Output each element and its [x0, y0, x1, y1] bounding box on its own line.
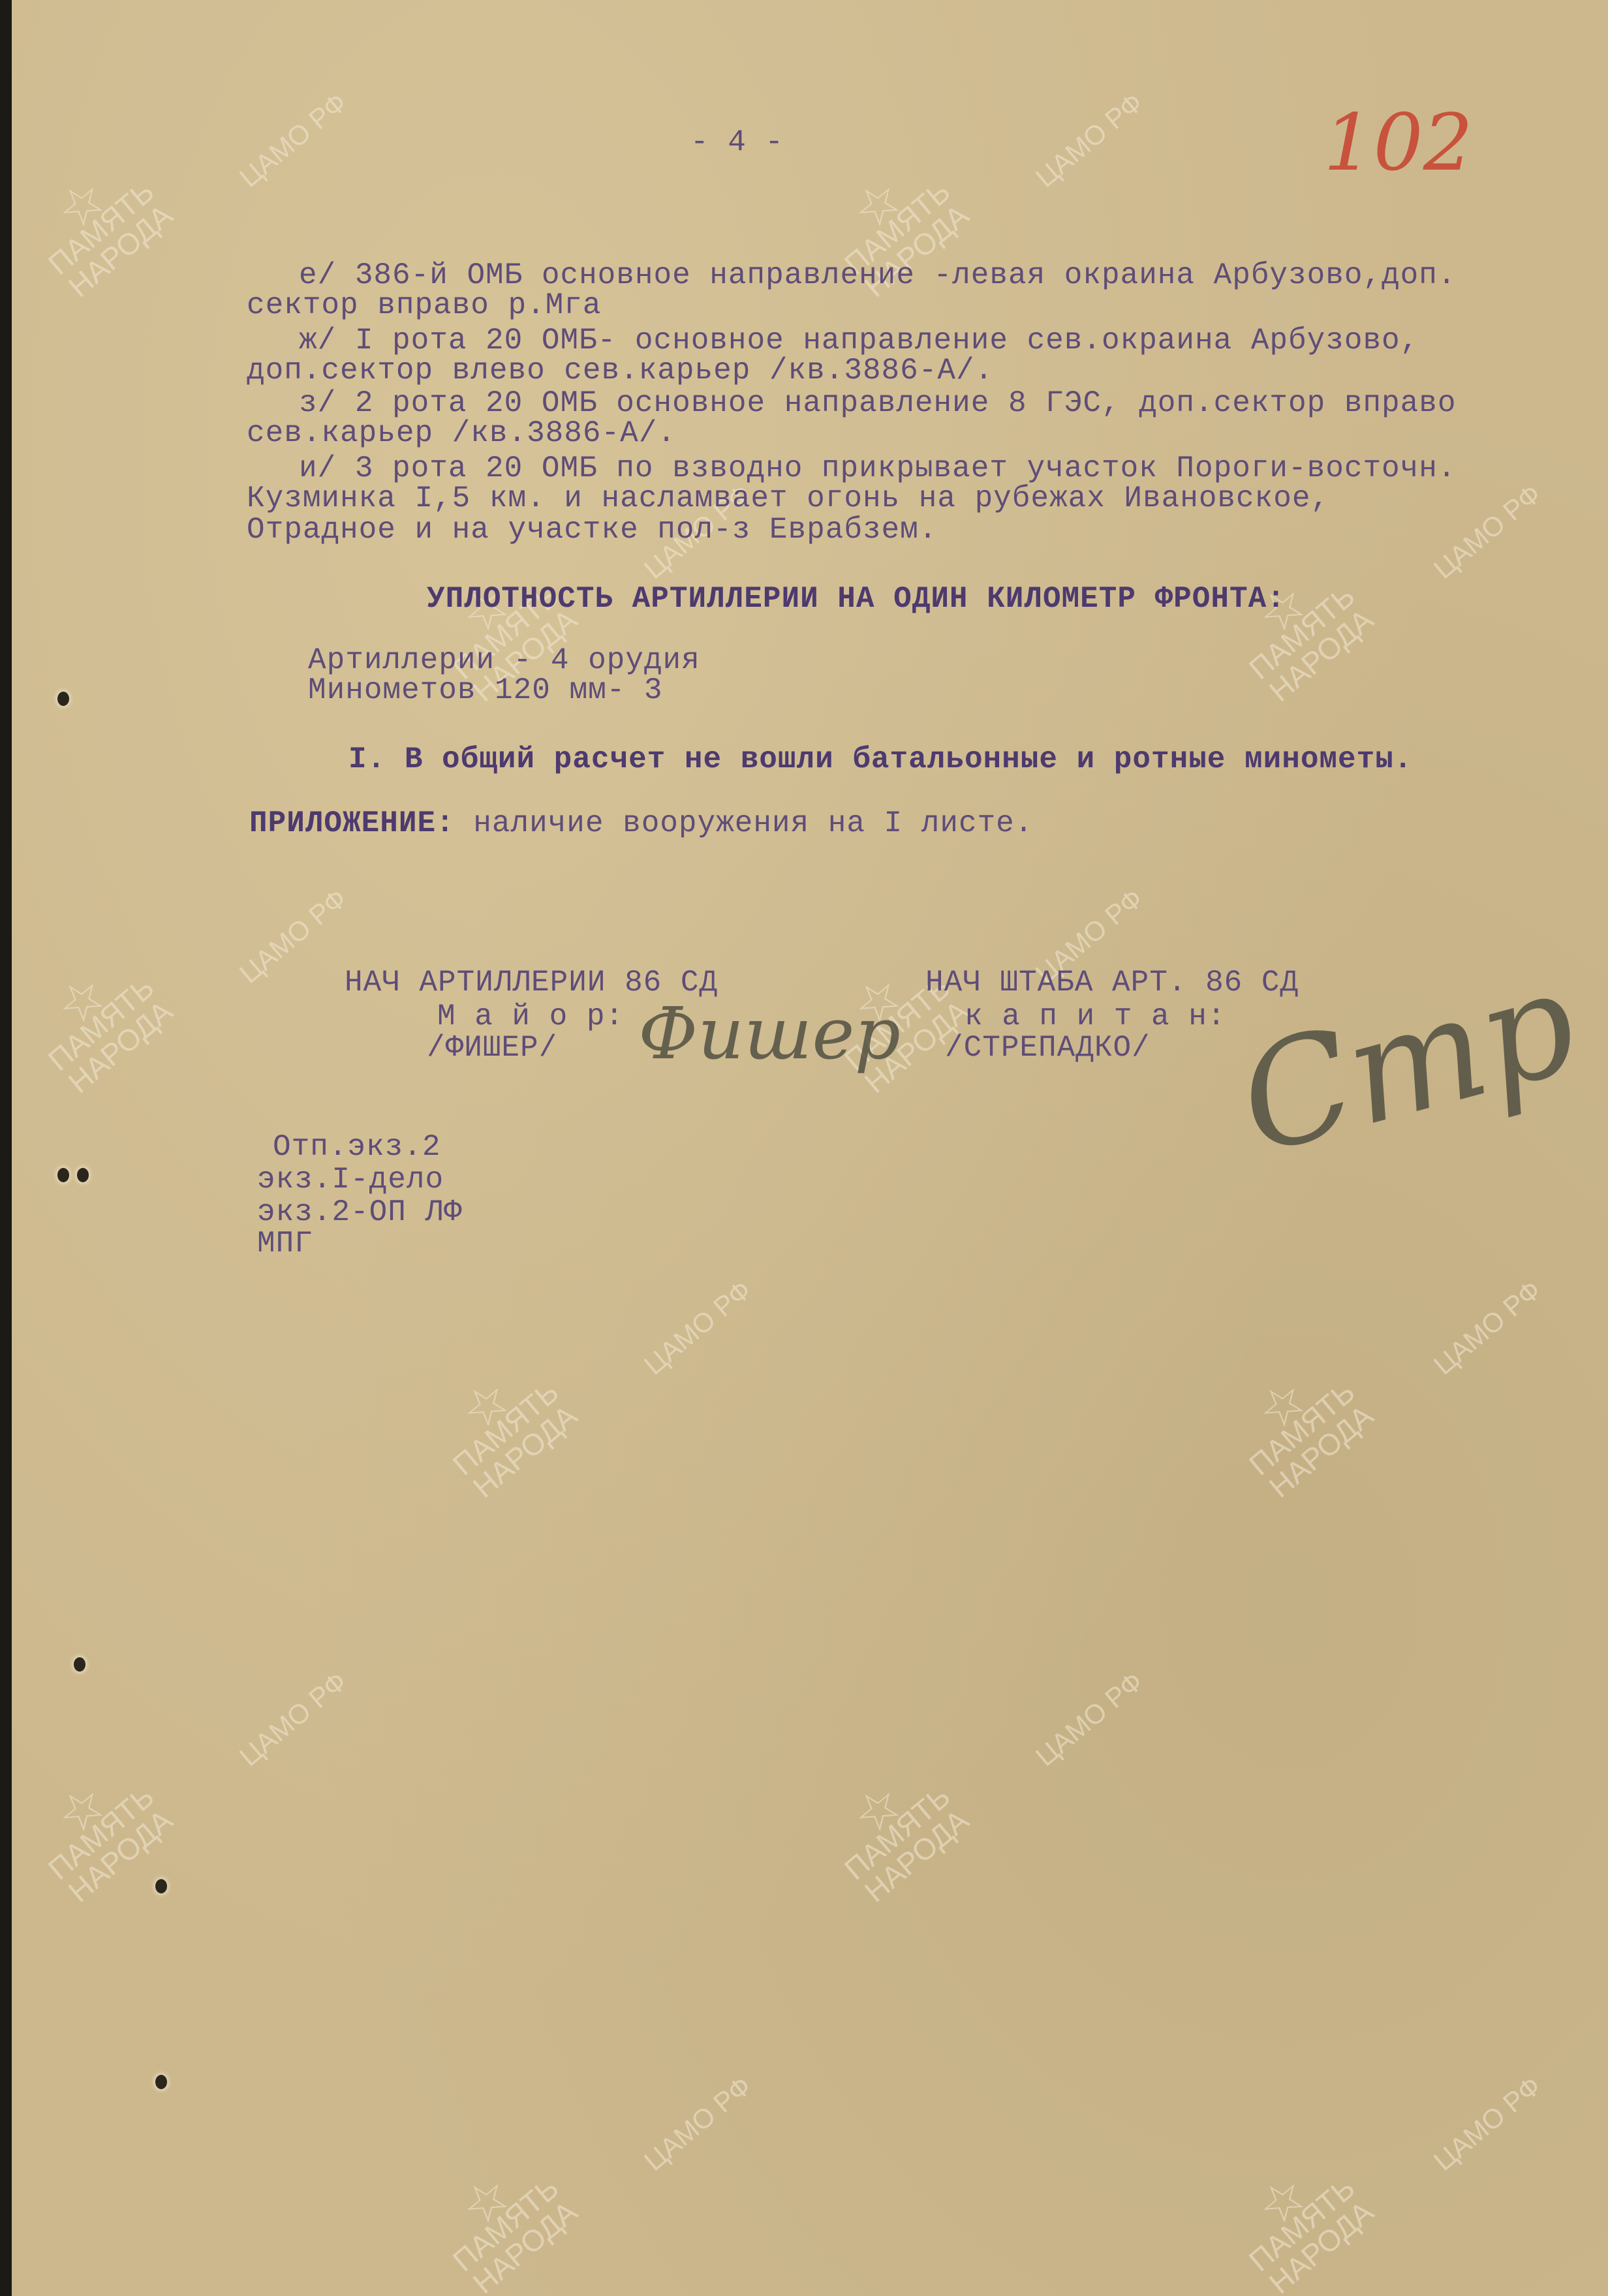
watermark-tsamo: ЦАМО РФ — [234, 883, 352, 990]
watermark-pamyat-naroda: ☆ ПАМЯТЬ НАРОДА — [1224, 2149, 1379, 2296]
archive-sheet-number: 102 — [1323, 98, 1473, 189]
item-z-line1: з/ 2 рота 20 ОМБ основное направление 8 … — [299, 389, 1456, 418]
watermark-pamyat-naroda: ☆ ПАМЯТЬ НАРОДА — [428, 1353, 583, 1503]
watermark-pamyat-naroda: ☆ ПАМЯТЬ НАРОДА — [820, 1758, 974, 1908]
binding-hole — [155, 2075, 167, 2089]
watermark-pamyat-naroda: ☆ ПАМЯТЬ НАРОДА — [1224, 1353, 1379, 1503]
watermark-tsamo: ЦАМО РФ — [1428, 1274, 1547, 1381]
item-e-line2: сектор вправо р.Мга — [247, 291, 602, 320]
handwritten-signature-left: Фишер — [638, 992, 901, 1075]
note: I. В общий расчет не вошли батальонные и… — [348, 745, 1412, 774]
binding-hole — [77, 1168, 89, 1182]
attachment-text: наличие вооружения на I листе. — [455, 806, 1034, 840]
item-zh-line2: доп.сектор влево сев.карьер /кв.3886-А/. — [247, 356, 993, 385]
item-z-line2: сев.карьер /кв.3886-А/. — [247, 419, 676, 448]
watermark-pamyat-naroda: ☆ ПАМЯТЬ НАРОДА — [23, 153, 178, 303]
density-mortars: Минометов 120 мм- 3 — [308, 676, 663, 705]
distribution-line: МПГ — [257, 1229, 313, 1258]
item-i-line1: и/ 3 рота 20 ОМБ по взводно прикрывает у… — [299, 454, 1456, 483]
watermark-tsamo: ЦАМО РФ — [1428, 2070, 1547, 2177]
distribution-line: экз.2-ОП ЛФ — [257, 1198, 463, 1227]
watermark-tsamo: ЦАМО РФ — [1030, 1666, 1149, 1773]
binding-hole — [74, 1657, 85, 1672]
signature-left-name: /ФИШЕР/ — [427, 1033, 557, 1062]
signature-right-title: НАЧ ШТАБА АРТ. 86 СД — [925, 968, 1299, 997]
binding-hole — [57, 1168, 69, 1182]
watermark-tsamo: ЦАМО РФ — [1030, 87, 1149, 194]
item-i-line3: Отрадное и на участке пол-з Еврабзем. — [247, 515, 937, 544]
watermark-tsamo: ЦАМО РФ — [638, 1274, 757, 1381]
watermark-pamyat-naroda: ☆ ПАМЯТЬ НАРОДА — [23, 949, 178, 1099]
watermark-tsamo: ЦАМО РФ — [234, 1666, 352, 1773]
signature-right-rank: к а п и т а н: — [965, 1002, 1226, 1031]
density-heading: УПЛОТНОСТЬ АРТИЛЛЕРИИ НА ОДИН КИЛОМЕТР Ф… — [427, 585, 1286, 613]
page-number: - 4 - — [690, 128, 784, 157]
item-zh-line1: ж/ I рота 20 ОМБ- основное направление с… — [299, 326, 1419, 355]
binding-hole — [57, 692, 69, 706]
distribution-line: экз.I-дело — [257, 1165, 444, 1194]
item-i-line2: Кузминка I,5 км. и насламвает огонь на р… — [247, 484, 1329, 513]
document-page: ЦАМО РФ ЦАМО РФ ЦАМО РФ ЦАМО РФ ЦАМО РФ … — [12, 0, 1608, 2296]
attachment: ПРИЛОЖЕНИЕ: наличие вооружения на I лист… — [249, 809, 1033, 838]
item-e-line1: е/ 386-й ОМБ основное направление -левая… — [299, 261, 1456, 290]
signature-right-name: /СТРЕПАДКО/ — [945, 1033, 1151, 1062]
watermark-tsamo: ЦАМО РФ — [1428, 478, 1547, 585]
watermark-pamyat-naroda: ☆ ПАМЯТЬ НАРОДА — [1224, 557, 1379, 707]
watermark-tsamo: ЦАМО РФ — [638, 2070, 757, 2177]
distribution-line: Отп.экз.2 — [273, 1133, 441, 1161]
watermark-pamyat-naroda: ☆ ПАМЯТЬ НАРОДА — [428, 2149, 583, 2296]
signature-left-rank: М а й о р: — [437, 1002, 624, 1031]
watermark-tsamo: ЦАМО РФ — [234, 87, 352, 194]
binding-hole — [155, 1879, 167, 1893]
attachment-label: ПРИЛОЖЕНИЕ: — [249, 806, 455, 840]
density-artillery: Артиллерии - 4 орудия — [308, 646, 700, 675]
